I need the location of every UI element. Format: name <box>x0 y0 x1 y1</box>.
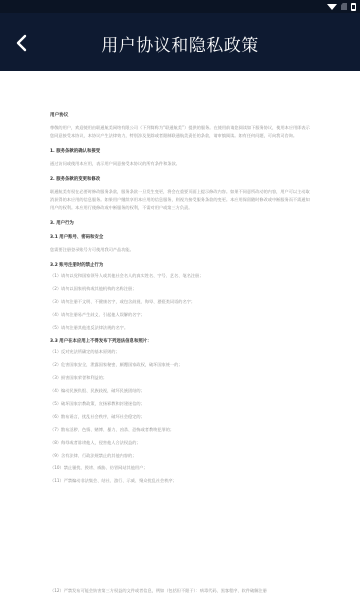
list-item: （9）含有法律、行政法规禁止的其他内容的； <box>50 454 310 459</box>
section-heading: 1. 服务条款的确认和接受 <box>50 148 310 154</box>
list-item: （2）请勿以国家机构或其他机构的名称注册； <box>50 287 310 292</box>
chevron-left-icon <box>15 33 29 53</box>
list-item: （12）严禁发布可能会妨害第三方权益的文件或者信息，例如（包括但不限于）：病毒代… <box>50 589 310 594</box>
battery-icon <box>351 3 356 11</box>
wifi-icon <box>327 4 337 10</box>
list-item: （10）禁止骚扰、毁谤、威胁、仿冒网站其他用户； <box>50 466 310 471</box>
page-title: 用户协议和隐私政策 <box>101 31 259 56</box>
section-heading: 2. 服务条款的变更和修改 <box>50 176 310 182</box>
list-item: （4）请勿注册易产生歧义、引起他人误解的名字； <box>50 313 310 318</box>
list-item: （7）散布淫秽、色情、赌博、暴力、凶杀、恐怖或者教唆犯罪的； <box>50 428 310 433</box>
list-item: （3）请勿注册不文明、不健康名字，或包含歧视、侮辱、猥亵类词语的名字； <box>50 300 310 305</box>
section-body: 您需要注册登录账号方可使用我司产品功能。 <box>50 246 310 254</box>
list-item: （2）危害国家安全，泄露国家秘密，颠覆国家政权，破坏国家统一的； <box>50 363 310 368</box>
document-title: 用户协议 <box>50 112 310 118</box>
intro-paragraph: 尊敬的用户，欢迎使用由联通航美网络有限公司（下列简称为“联通航美”）提供的服务。… <box>50 124 310 140</box>
list-item: （6）散布谣言，扰乱社会秩序，破坏社会稳定的； <box>50 415 310 420</box>
section-heading: 3.1 用户账号、密码和安全 <box>50 234 310 240</box>
no-sim-icon <box>341 3 347 10</box>
list-item: （11）严禁煽动非法集会、结社、游行、示威、聚众扰乱社会秩序； <box>50 479 310 484</box>
section-body: 通过访问或使用本应用，表示用户同意接受本协议的所有条件和条款。 <box>50 160 310 168</box>
list-item: （3）损害国家荣誉和利益的； <box>50 376 310 381</box>
list-item: （4）煽动民族仇恨、民族歧视，破坏民族团结的； <box>50 389 310 394</box>
status-bar <box>0 0 360 13</box>
app-bar: 用户协议和隐私政策 <box>0 13 360 71</box>
list-item: （1）反对宪法所确定的基本原则的； <box>50 350 310 355</box>
document-content[interactable]: 用户协议 尊敬的用户，欢迎使用由联通航美网络有限公司（下列简称为“联通航美”）提… <box>0 71 360 600</box>
section-heading: 3. 用户行为 <box>50 220 310 226</box>
list-item: （5）请勿注册其他违反法律法规的名字。 <box>50 326 310 331</box>
back-button[interactable] <box>10 31 34 55</box>
section-heading: 3.3 用户在本应用上不得发布下列违法信息和照片： <box>50 338 310 344</box>
list-item: （1）请勿以党和国家领导人或其他社会名人的真实姓名、字号、艺名、笔名注册； <box>50 274 310 279</box>
section-heading: 3.2 账号注册时的禁止行为 <box>50 262 310 268</box>
list-item: （5）破坏国家宗教政策，宣扬邪教和封建迷信的； <box>50 402 310 407</box>
list-item: （8）侮辱或者诽谤他人，侵害他人合法权益的； <box>50 441 310 446</box>
section-body: 联通航美有权在必要时修改服务条款，服务条款一旦发生变更，将会在重要页面上提示修改… <box>50 188 310 212</box>
